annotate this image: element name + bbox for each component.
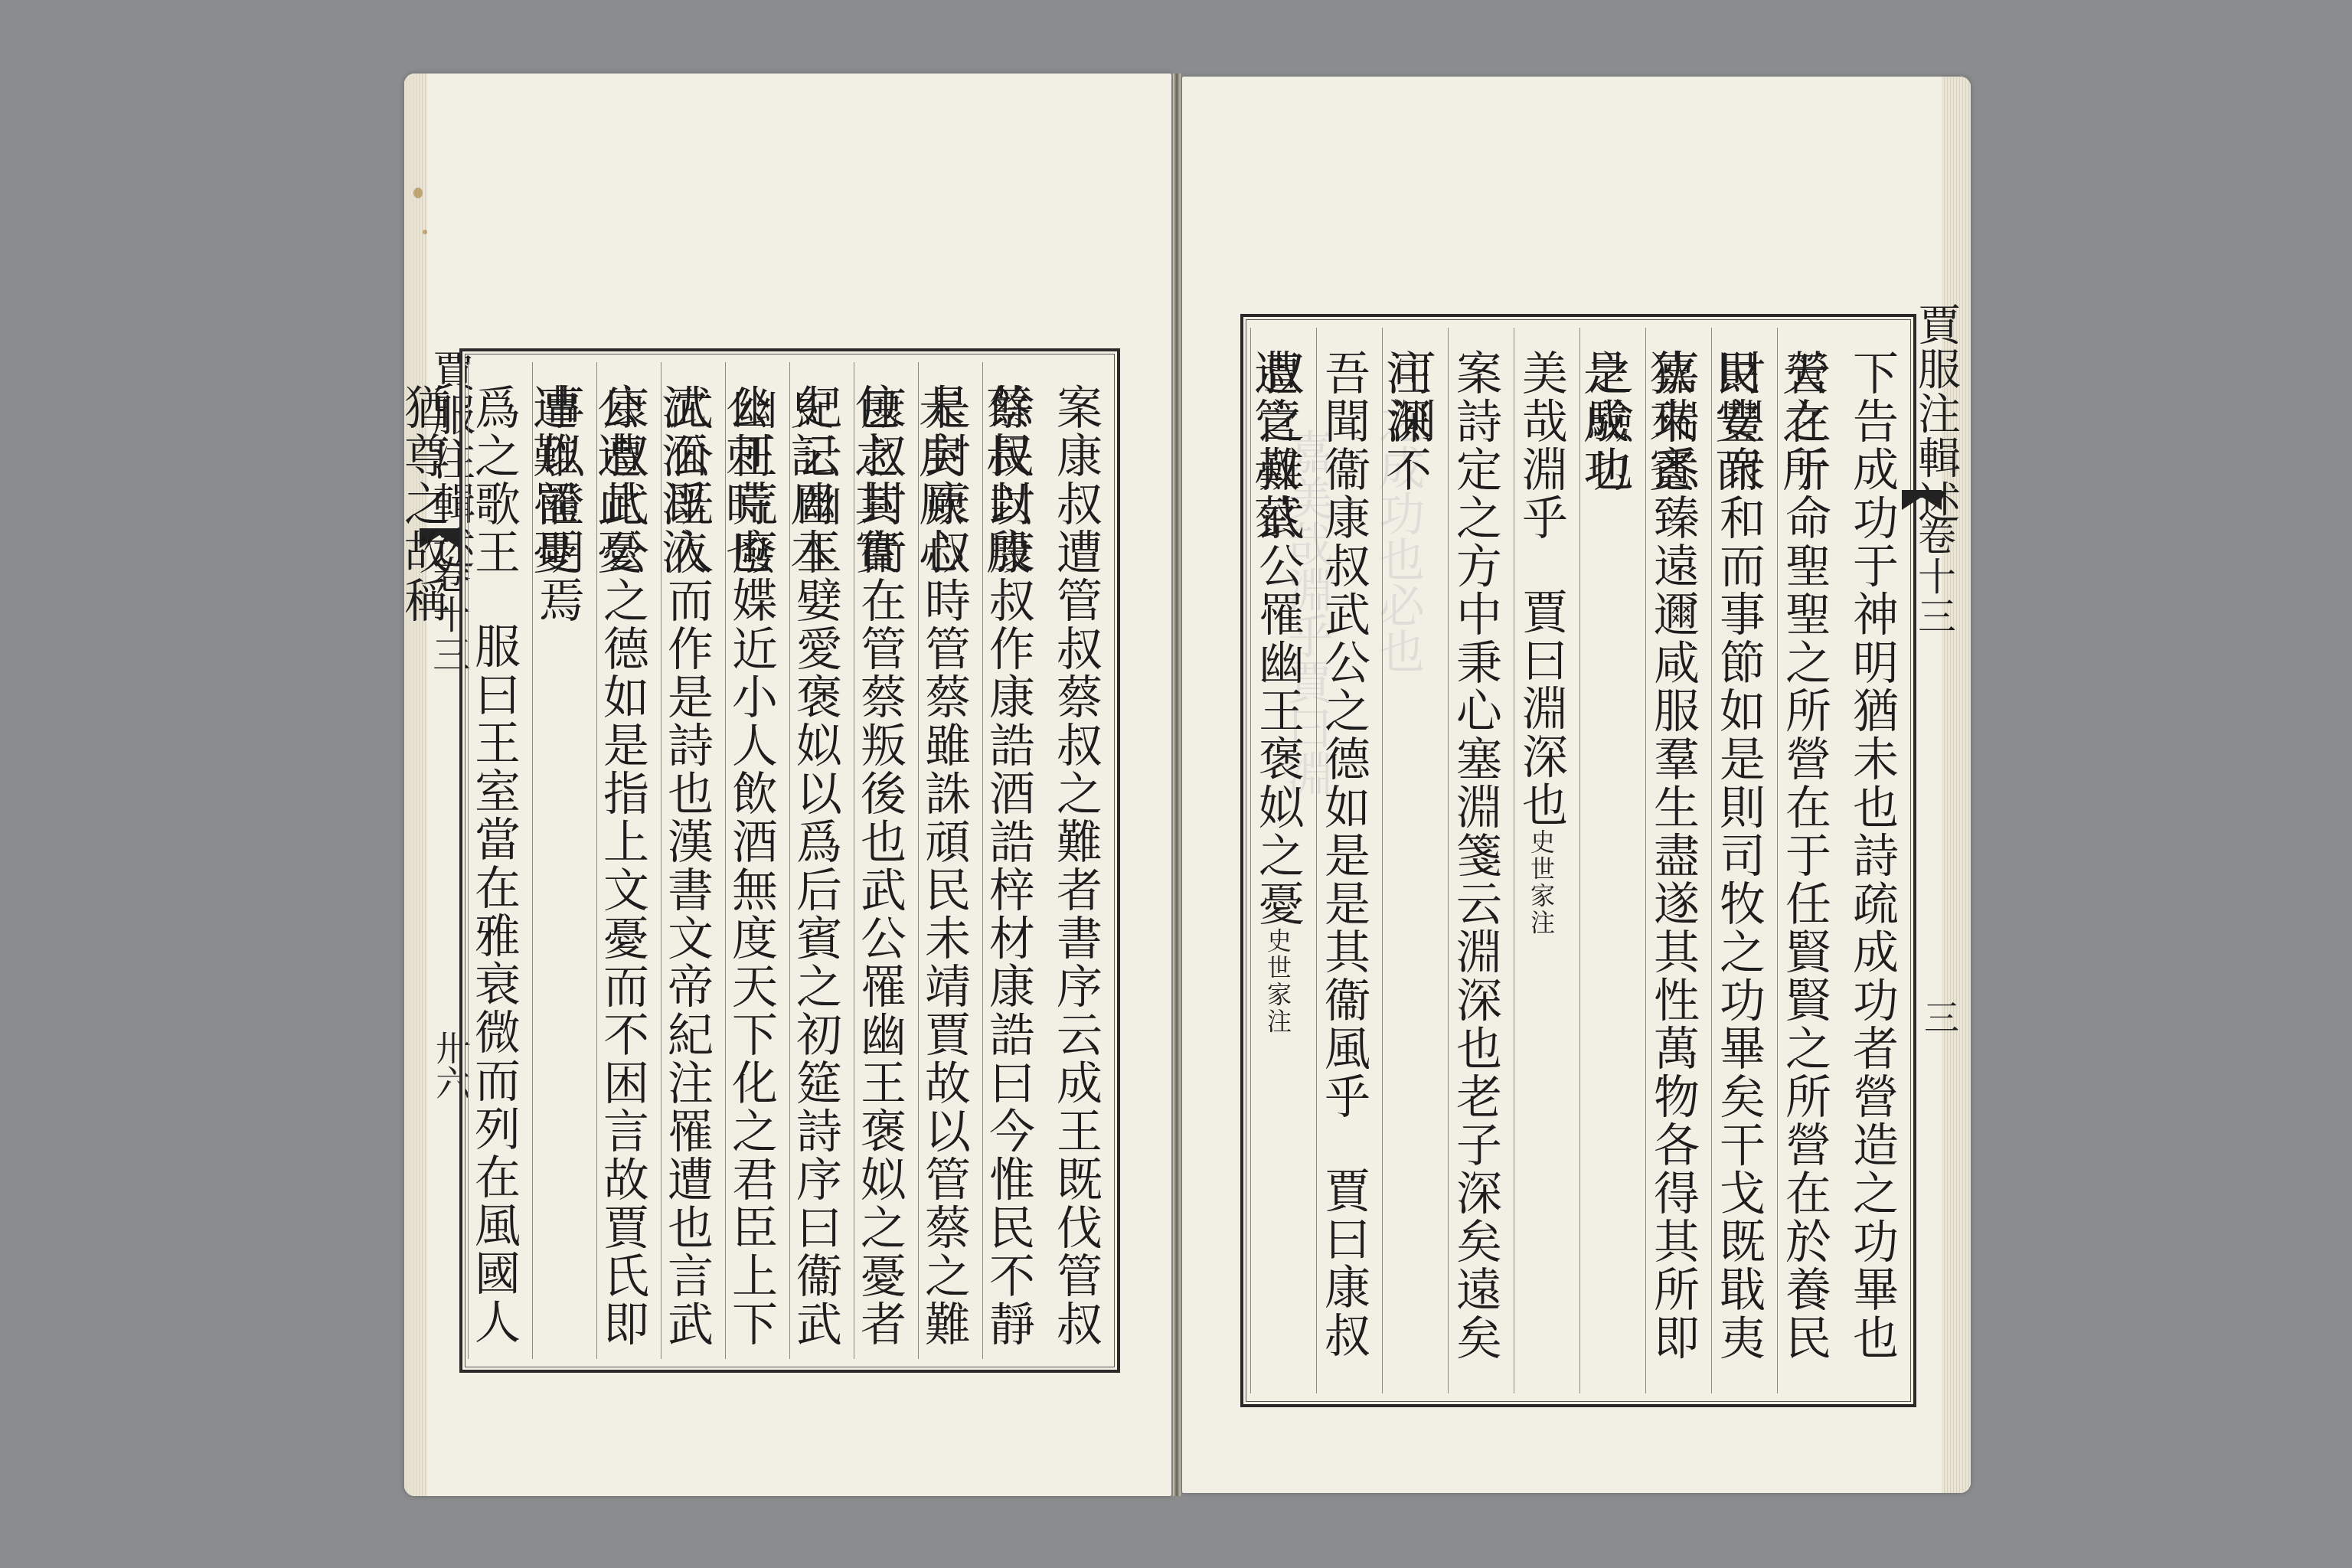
annotation-line: 家注 (1527, 883, 1556, 936)
right-page-edge-stack (1942, 77, 1971, 1493)
foxing-stain (423, 230, 427, 234)
column-text: 爲之歌王 (467, 384, 521, 577)
text-column: 爲之歌王服曰王室當在雅衰微而列在風國人猶尊之故稱 (468, 362, 529, 1359)
text-column: 康叔封衞在管蔡叛後也武公罹幽王褒姒之憂者史記周本 (854, 362, 915, 1359)
text-column: 財豐衆和而事節如是則司牧之功畢矣干戈既戢夷狄來賓 (1711, 328, 1774, 1393)
column-text: 可測 (1383, 349, 1436, 446)
annotation-line: 史世 (1263, 928, 1292, 982)
text-column: 美哉淵乎賈曰淵深也史世家注 (1514, 328, 1576, 1393)
annotation-line: 史世 (1527, 829, 1556, 883)
left-text-frame: 案康叔遭管叔蔡叔之難者書序云成王既伐管叔蔡叔以殷 餘民封康叔作康誥酒誥梓材康誥曰… (459, 348, 1120, 1373)
annotation-line: 家注 (1263, 982, 1292, 1035)
text-column: 叔之難武公罹幽王褒姒之憂史世家注 (1250, 328, 1313, 1393)
text-column: 餘民封康叔作康誥酒誥梓材康誥曰今惟民不靜未戾厥心 (982, 362, 1044, 1359)
book-spine-fold (1173, 73, 1181, 1496)
text-column: 幽王荒廢媟近小人飲酒無度天下化之君臣上下沈湎淫液 (725, 362, 786, 1359)
text-column: 紀云幽王嬖愛褒姒以爲后賓之初筵詩序曰衞武公刺時也 (789, 362, 851, 1359)
column-text: 美哉淵乎 (1514, 349, 1568, 542)
right-page-number: 三 (1914, 999, 1965, 1034)
text-column: 嘉瑞悉臻遠邇咸服羣生盡遂其性萬物各得其所即是成功 (1645, 328, 1708, 1393)
text-column: 是封康叔時管蔡雖誅頑民未靖賈故以管蔡之難包之其實 (918, 362, 979, 1359)
text-column: 營在于命聖聖之所營在于任賢賢之所營在於養民民安而 (1777, 328, 1840, 1393)
foxing-stain (413, 188, 423, 198)
column-text: 叔之難武公罹幽王褒姒之憂 (1251, 349, 1305, 928)
right-text-frame: 下告成功于神明猶未也詩疏成功者營造之功畢也天之所 營在于命聖聖之所營在于任賢賢之… (1240, 314, 1916, 1407)
text-column: 武公既入而作是詩也漢書文帝紀注罹遭也言武公遭此憂 (661, 362, 722, 1359)
left-page-edge-stack (404, 73, 427, 1496)
column-text: 事以證明焉 (531, 384, 585, 625)
text-column: 案詩定之方中秉心塞淵箋云淵深也老子深矣遠矣注深不 (1448, 328, 1511, 1393)
column-text: 吾聞衞康叔武公之德如是是其衞風乎 (1317, 349, 1370, 1121)
text-column: 康叔武公之德如是指上文憂而不困言故賈氏即遭難罹憂 (596, 362, 658, 1359)
column-text: 之驗也 (1580, 349, 1634, 494)
right-banxin-volume: 卷十三 (1906, 517, 1962, 636)
text-column: 之驗也 (1579, 328, 1642, 1393)
small-annotation: 史世家注 (1263, 928, 1292, 1035)
column-text-commentary: 賈曰淵深也 (1514, 588, 1568, 829)
text-column: 案康叔遭管叔蔡叔之難者書序云成王既伐管叔蔡叔以殷 (1050, 362, 1111, 1359)
text-column: 吾聞衞康叔武公之德如是是其衞風乎賈曰康叔遭管叔蔡 (1316, 328, 1379, 1393)
small-annotation: 史世家注 (1527, 829, 1556, 936)
text-column: 事以證明焉 (532, 362, 593, 1359)
text-column: 可測 (1382, 328, 1445, 1393)
text-column: 下告成功于神明猶未也詩疏成功者營造之功畢也天之所 (1844, 328, 1907, 1393)
